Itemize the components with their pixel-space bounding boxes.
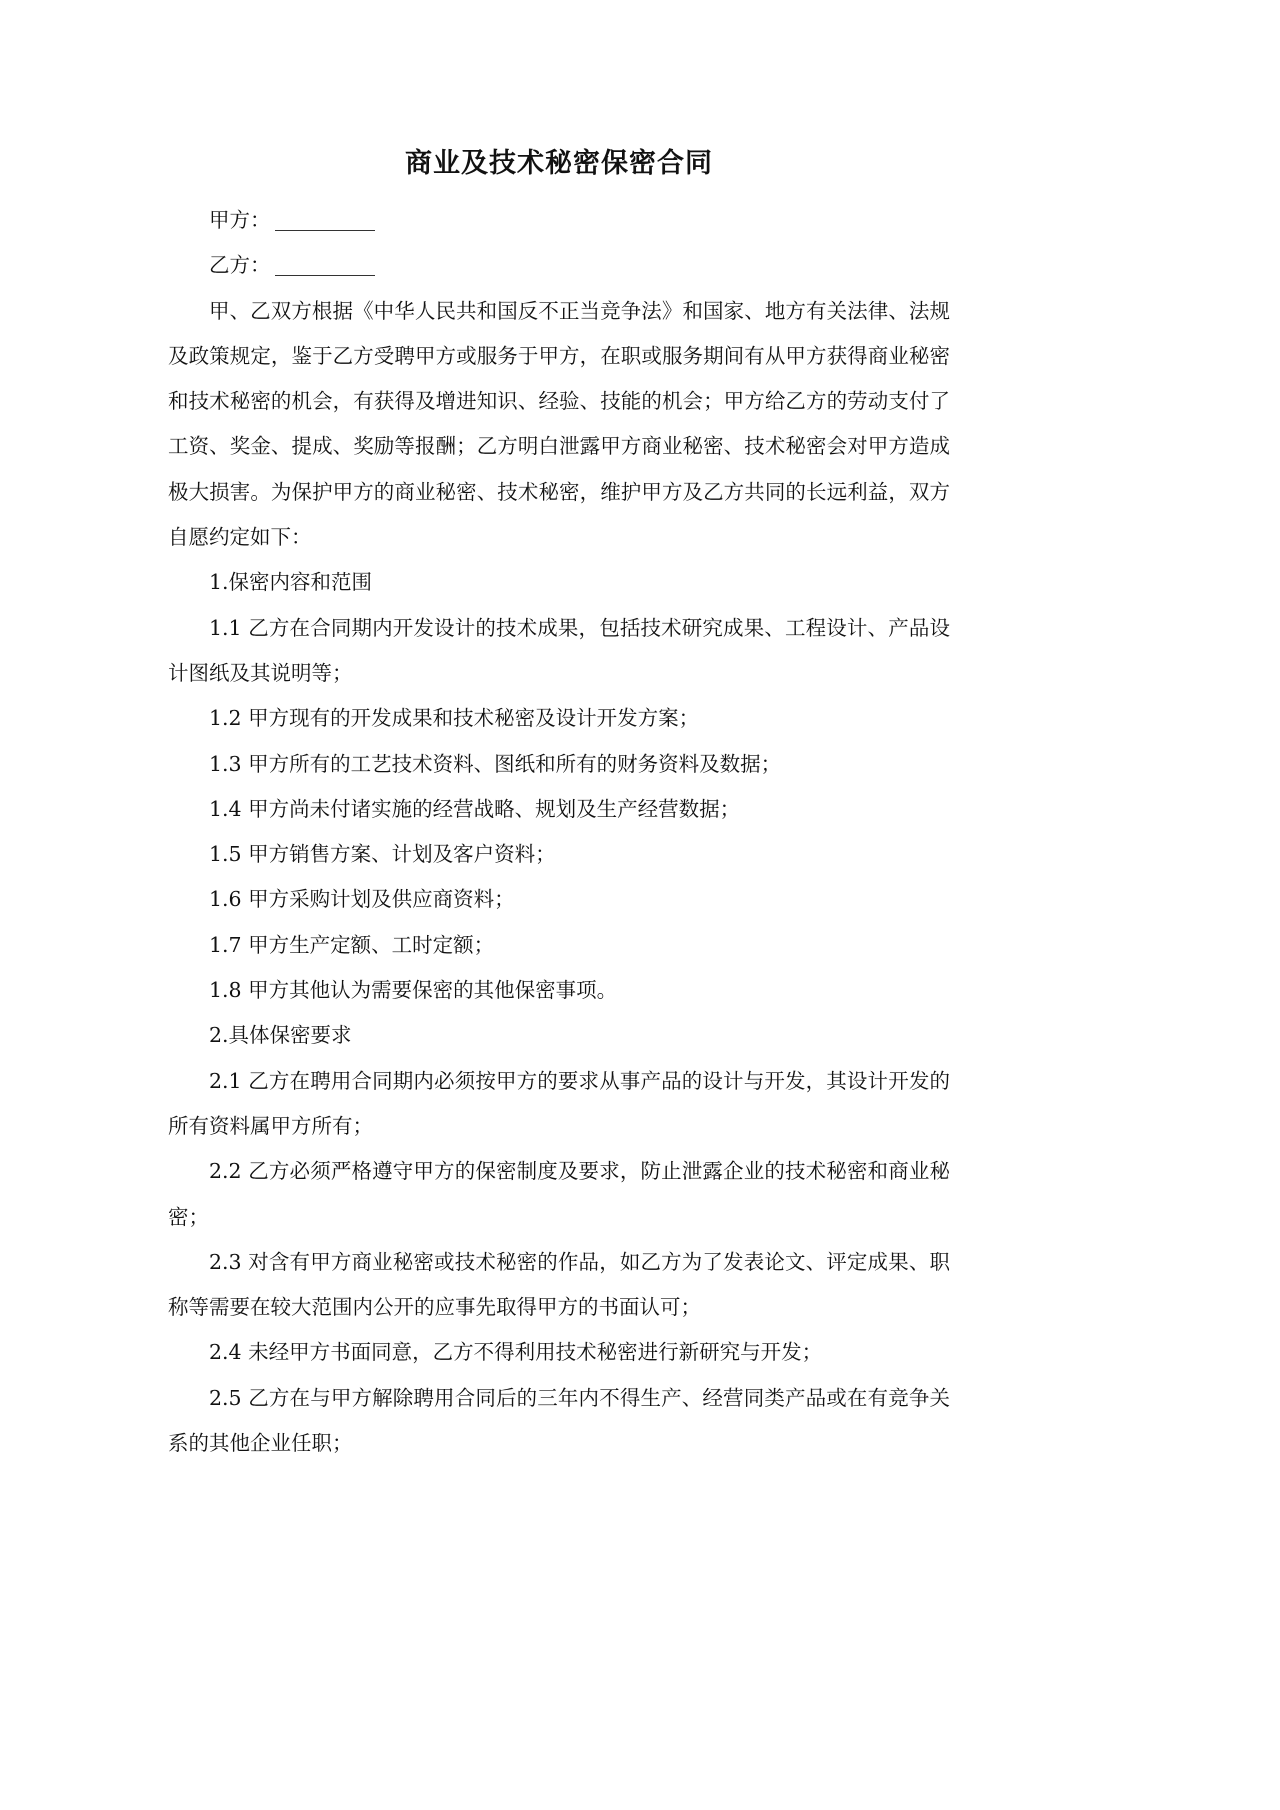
- clause: 1.8 甲方其他认为需要保密的其他保密事项。: [168, 968, 950, 1013]
- clause: 1.1 乙方在合同期内开发设计的技术成果，包括技术研究成果、工程设计、产品设计图…: [168, 606, 950, 697]
- clause: 2.4 未经甲方书面同意，乙方不得利用技术秘密进行新研究与开发；: [168, 1330, 950, 1375]
- section-heading: 2.具体保密要求: [168, 1013, 950, 1058]
- clause: 1.7 甲方生产定额、工时定额；: [168, 923, 950, 968]
- document-page: 商业及技术秘密保密合同 甲方： 乙方： 甲、乙双方根据《中华人民共和国反不正当竞…: [168, 140, 950, 1466]
- clause: 1.4 甲方尚未付诸实施的经营战略、规划及生产经营数据；: [168, 787, 950, 832]
- party-a-blank: [275, 208, 375, 231]
- clause: 2.2 乙方必须严格遵守甲方的保密制度及要求，防止泄露企业的技术秘密和商业秘密；: [168, 1149, 950, 1240]
- section-heading: 1.保密内容和范围: [168, 560, 950, 605]
- document-title: 商业及技术秘密保密合同: [168, 140, 950, 188]
- clause: 2.5 乙方在与甲方解除聘用合同后的三年内不得生产、经营同类产品或在有竞争关系的…: [168, 1376, 950, 1467]
- clause: 1.2 甲方现有的开发成果和技术秘密及设计开发方案；: [168, 696, 950, 741]
- party-a-label: 甲方：: [209, 208, 271, 232]
- party-a-line: 甲方：: [168, 198, 950, 243]
- party-b-label: 乙方：: [209, 253, 271, 277]
- clause: 1.6 甲方采购计划及供应商资料；: [168, 877, 950, 922]
- preamble-paragraph: 甲、乙双方根据《中华人民共和国反不正当竞争法》和国家、地方有关法律、法规及政策规…: [168, 289, 950, 561]
- party-b-blank: [275, 253, 375, 276]
- clause: 2.3 对含有甲方商业秘密或技术秘密的作品，如乙方为了发表论文、评定成果、职称等…: [168, 1240, 950, 1331]
- clause: 1.3 甲方所有的工艺技术资料、图纸和所有的财务资料及数据；: [168, 742, 950, 787]
- clause: 2.1 乙方在聘用合同期内必须按甲方的要求从事产品的设计与开发，其设计开发的所有…: [168, 1059, 950, 1150]
- clause: 1.5 甲方销售方案、计划及客户资料；: [168, 832, 950, 877]
- party-b-line: 乙方：: [168, 243, 950, 288]
